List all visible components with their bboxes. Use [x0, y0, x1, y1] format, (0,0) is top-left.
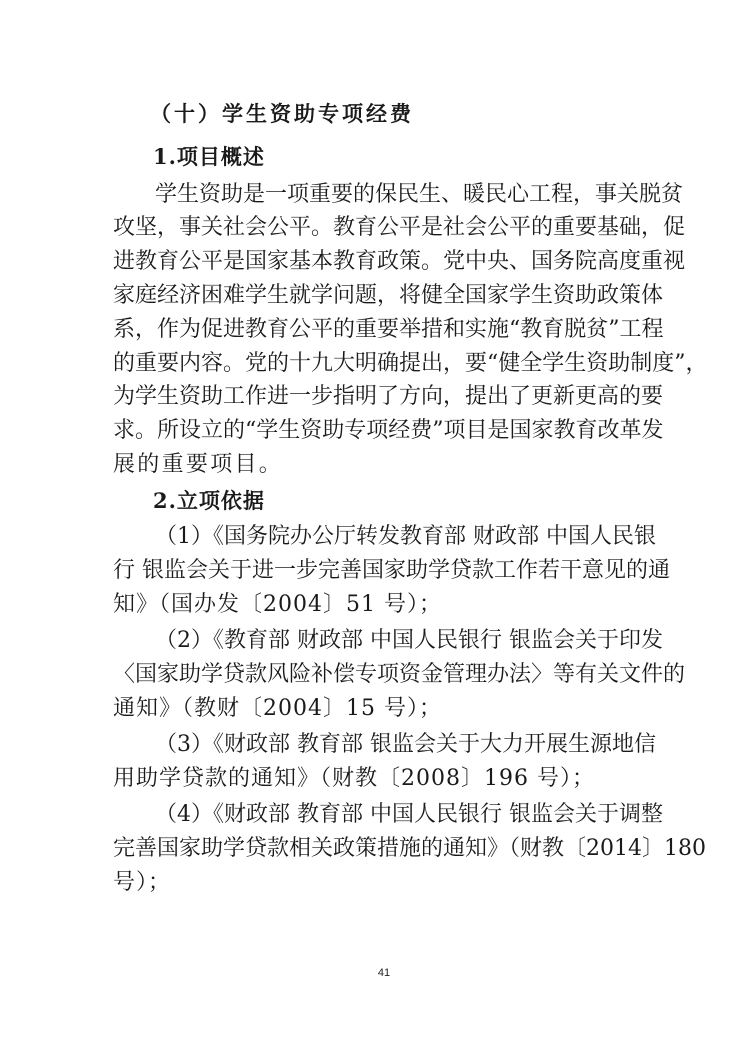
subsection-heading-overview: 1.项目概述 — [153, 142, 683, 172]
paragraph-line: 展的重要项目。 — [113, 450, 643, 480]
basis-item-4-line: （4）《财政部 教育部 中国人民银行 银监会关于调整 — [155, 800, 643, 830]
section-title: （十）学生资助专项经费 — [150, 99, 680, 129]
paragraph-line: 进教育公平是国家基本教育政策。党中央、国务院高度重视 — [113, 247, 643, 277]
paragraph-line: 为学生资助工作进一步指明了方向，提出了更新更高的要 — [113, 382, 643, 412]
basis-item-1-line: 知》（国办发〔2004〕51 号）； — [113, 590, 643, 620]
subsection-heading-basis: 2.立项依据 — [153, 486, 683, 516]
document-page: （十）学生资助专项经费 1.项目概述 学生资助是一项重要的保民生、暖民心工程，事… — [0, 0, 750, 1060]
paragraph-line: 求。所设立的“学生资助专项经费”项目是国家教育改革发 — [113, 416, 643, 446]
paragraph-line: 的重要内容。党的十九大明确提出，要“健全学生资助制度”， — [113, 349, 643, 379]
basis-item-1-line: （1）《国务院办公厅转发教育部 财政部 中国人民银 — [155, 522, 643, 552]
paragraph-line: 攻坚，事关社会公平。教育公平是社会公平的重要基础，促 — [113, 213, 643, 243]
page-number: 41 — [370, 967, 398, 979]
basis-item-1-line: 行 银监会关于进一步完善国家助学贷款工作若干意见的通 — [113, 556, 643, 586]
paragraph-line: 学生资助是一项重要的保民生、暖民心工程，事关脱贫 — [155, 180, 643, 210]
basis-item-3-line: 用助学贷款的通知》（财教〔2008〕196 号）； — [113, 764, 643, 794]
basis-item-4-line: 号）； — [113, 868, 643, 898]
basis-item-3-line: （3）《财政部 教育部 银监会关于大力开展生源地信 — [155, 730, 643, 760]
basis-item-2-line: 通知》（教财〔2004〕15 号）； — [113, 694, 643, 724]
paragraph-line: 家庭经济困难学生就学问题，将健全国家学生资助政策体 — [113, 281, 643, 311]
basis-item-2-line: 〈国家助学贷款风险补偿专项资金管理办法〉等有关文件的 — [113, 660, 643, 690]
basis-item-2-line: （2）《教育部 财政部 中国人民银行 银监会关于印发 — [155, 626, 643, 656]
basis-item-4-line: 完善国家助学贷款相关政策措施的通知》（财教〔2014〕180 — [113, 834, 643, 864]
paragraph-line: 系，作为促进教育公平的重要举措和实施“教育脱贫”工程 — [113, 315, 643, 345]
